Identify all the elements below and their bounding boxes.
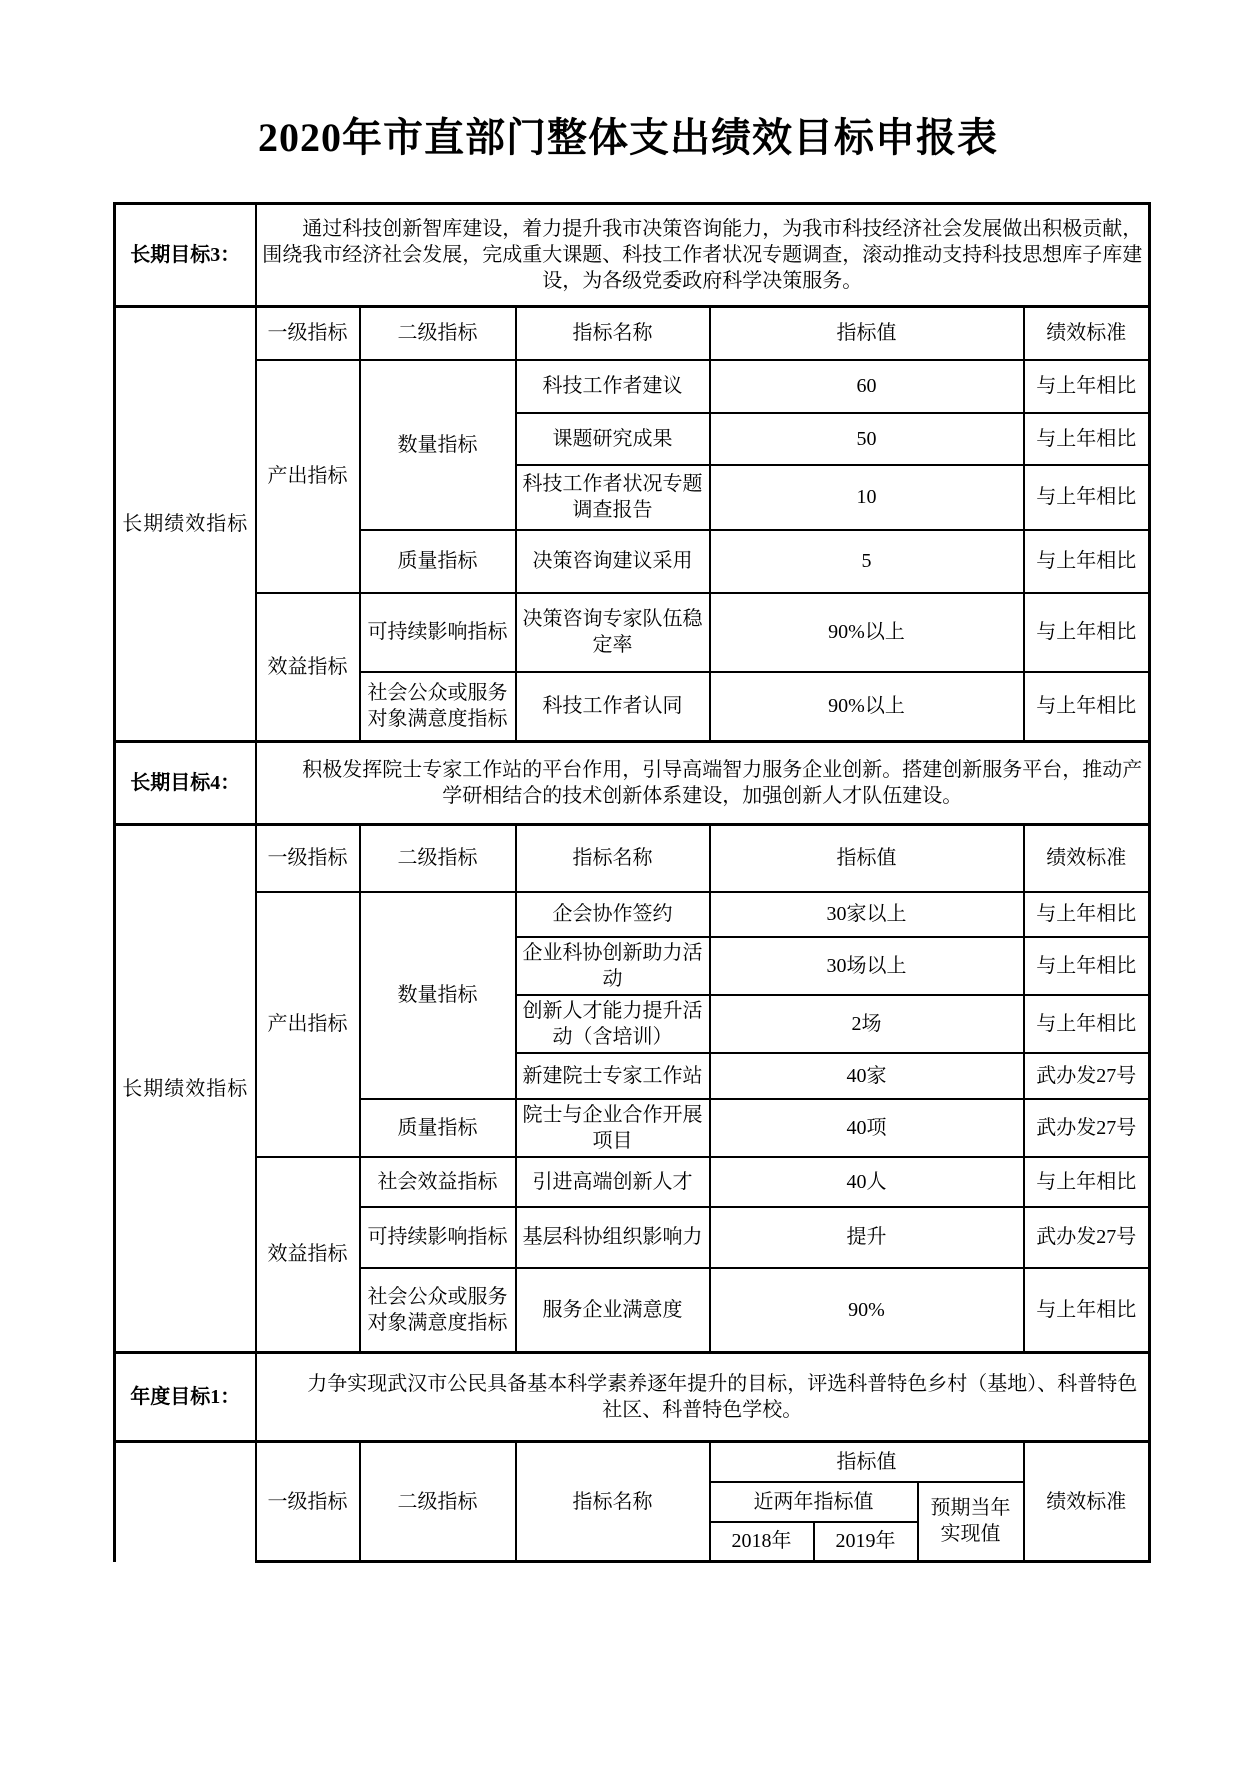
header-indicator-name: 指标名称 [516,825,710,892]
level1-benefit-cell: 效益指标 [256,1157,360,1353]
indicator-value-cell: 90%以上 [710,672,1024,742]
indicator-name-cell: 基层科协组织影响力 [516,1207,710,1268]
header-level1: 一级指标 [256,307,360,360]
level2-quantity-cell: 数量指标 [360,892,516,1099]
indicator-value-cell: 5 [710,530,1024,593]
long-goal-3-label: 长期目标3： [115,204,256,307]
standard-cell: 武办发27号 [1024,1099,1150,1157]
document-page: 2020年市直部门整体支出绩效目标申报表 长期目标3： 通过科技创新智库建设，着… [0,0,1256,1777]
indicator-value-cell: 60 [710,360,1024,413]
long-goal-4-description: 积极发挥院士专家工作站的平台作用，引导高端智力服务企业创新。搭建创新服务平台，推… [256,742,1150,825]
standard-cell: 与上年相比 [1024,995,1150,1053]
indicator-value-cell: 30家以上 [710,892,1024,937]
indicator-name-cell: 企业科协创新助力活动 [516,937,710,995]
indicator-name-cell: 院士与企业合作开展项目 [516,1099,710,1157]
level2-sustainability-cell: 可持续影响指标 [360,1207,516,1268]
standard-cell: 与上年相比 [1024,672,1150,742]
indicator-value-cell: 提升 [710,1207,1024,1268]
level2-sustainability-cell: 可持续影响指标 [360,593,516,672]
table-row: 产出指标 数量指标 企会协作签约 30家以上 与上年相比 [115,892,1150,937]
long-table-1-side-label: 长期绩效指标 [115,307,256,742]
indicator-value-cell: 50 [710,413,1024,465]
indicator-name-cell: 创新人才能力提升活动（含培训） [516,995,710,1053]
header-indicator-value: 指标值 [710,825,1024,892]
long-table-2-side-label: 长期绩效指标 [115,825,256,1353]
standard-cell: 武办发27号 [1024,1207,1150,1268]
level2-quality-cell: 质量指标 [360,530,516,593]
level2-satisfaction-cell: 社会公众或服务对象满意度指标 [360,1268,516,1353]
indicator-name-cell: 决策咨询建议采用 [516,530,710,593]
annual-table-side-cell-empty [115,1442,256,1562]
long-goal-3-row: 长期目标3： 通过科技创新智库建设，着力提升我市决策咨询能力，为我市科技经济社会… [115,204,1150,307]
annual-goal-1-row: 年度目标1： 力争实现武汉市公民具备基本科学素养逐年提升的目标，评选科普特色乡村… [115,1353,1150,1442]
standard-cell: 与上年相比 [1024,937,1150,995]
long-table-1-header-row: 长期绩效指标 一级指标 二级指标 指标名称 指标值 绩效标准 [115,307,1150,360]
header-indicator-value: 指标值 [710,307,1024,360]
standard-cell: 与上年相比 [1024,530,1150,593]
standard-cell: 与上年相比 [1024,360,1150,413]
standard-cell: 武办发27号 [1024,1053,1150,1099]
table-row: 效益指标 社会效益指标 引进高端创新人才 40人 与上年相比 [115,1157,1150,1207]
indicator-name-cell: 科技工作者建议 [516,360,710,413]
level2-social-cell: 社会效益指标 [360,1157,516,1207]
header-level2: 二级指标 [360,1442,516,1562]
header-indicator-name: 指标名称 [516,307,710,360]
level1-output-cell: 产出指标 [256,892,360,1157]
level2-quantity-cell: 数量指标 [360,360,516,530]
indicator-name-cell: 科技工作者认同 [516,672,710,742]
header-indicator-name: 指标名称 [516,1442,710,1562]
header-level2: 二级指标 [360,825,516,892]
level1-benefit-cell: 效益指标 [256,593,360,742]
standard-cell: 与上年相比 [1024,413,1150,465]
indicator-value-cell: 40人 [710,1157,1024,1207]
standard-cell: 与上年相比 [1024,465,1150,530]
indicator-value-cell: 90%以上 [710,593,1024,672]
long-table-2-header-row: 长期绩效指标 一级指标 二级指标 指标名称 指标值 绩效标准 [115,825,1150,892]
header-standard: 绩效标准 [1024,1442,1150,1562]
standard-cell: 与上年相比 [1024,593,1150,672]
table-row: 产出指标 数量指标 科技工作者建议 60 与上年相比 [115,360,1150,413]
indicator-name-cell: 新建院士专家工作站 [516,1053,710,1099]
long-goal-3-description: 通过科技创新智库建设，着力提升我市决策咨询能力，为我市科技经济社会发展做出积极贡… [256,204,1150,307]
indicator-value-cell: 10 [710,465,1024,530]
indicator-value-cell: 40项 [710,1099,1024,1157]
header-level1: 一级指标 [256,825,360,892]
indicator-value-cell: 40家 [710,1053,1024,1099]
indicator-name-cell: 课题研究成果 [516,413,710,465]
annual-goal-1-label: 年度目标1： [115,1353,256,1442]
header-year-2019: 2019年 [814,1522,918,1562]
indicator-name-cell: 科技工作者状况专题调查报告 [516,465,710,530]
header-expected-current-value: 预期当年实现值 [918,1482,1024,1562]
standard-cell: 与上年相比 [1024,1157,1150,1207]
annual-goal-1-description: 力争实现武汉市公民具备基本科学素养逐年提升的目标，评选科普特色乡村（基地）、科普… [256,1353,1150,1442]
standard-cell: 与上年相比 [1024,1268,1150,1353]
header-standard: 绩效标准 [1024,825,1150,892]
level1-output-cell: 产出指标 [256,360,360,593]
header-indicator-value-group: 指标值 [710,1442,1024,1482]
header-level1: 一级指标 [256,1442,360,1562]
performance-target-table: 长期目标3： 通过科技创新智库建设，着力提升我市决策咨询能力，为我市科技经济社会… [113,202,1151,1563]
header-standard: 绩效标准 [1024,307,1150,360]
level2-quality-cell: 质量指标 [360,1099,516,1157]
indicator-name-cell: 服务企业满意度 [516,1268,710,1353]
annual-table-header-row-1: 一级指标 二级指标 指标名称 指标值 绩效标准 [115,1442,1150,1482]
indicator-value-cell: 2场 [710,995,1024,1053]
header-level2: 二级指标 [360,307,516,360]
indicator-value-cell: 30场以上 [710,937,1024,995]
indicator-name-cell: 企会协作签约 [516,892,710,937]
indicator-name-cell: 引进高端创新人才 [516,1157,710,1207]
long-goal-4-label: 长期目标4： [115,742,256,825]
indicator-name-cell: 决策咨询专家队伍稳定率 [516,593,710,672]
standard-cell: 与上年相比 [1024,892,1150,937]
header-recent-two-years: 近两年指标值 [710,1482,918,1522]
header-year-2018: 2018年 [710,1522,814,1562]
page-title: 2020年市直部门整体支出绩效目标申报表 [0,106,1256,163]
long-goal-4-row: 长期目标4： 积极发挥院士专家工作站的平台作用，引导高端智力服务企业创新。搭建创… [115,742,1150,825]
level2-satisfaction-cell: 社会公众或服务对象满意度指标 [360,672,516,742]
indicator-value-cell: 90% [710,1268,1024,1353]
table-row: 效益指标 可持续影响指标 决策咨询专家队伍稳定率 90%以上 与上年相比 [115,593,1150,672]
